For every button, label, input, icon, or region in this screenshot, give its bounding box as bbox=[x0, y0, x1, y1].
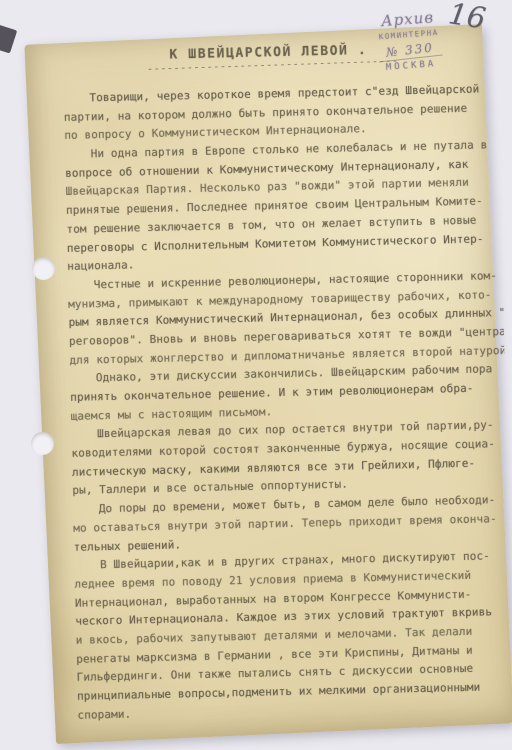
punch-hole-top bbox=[32, 257, 55, 280]
document-content: К ШВЕЙЦАРСКОЙ ЛЕВОЙ . ------------------… bbox=[0, 0, 512, 750]
punch-hole-bottom bbox=[31, 432, 54, 455]
typewritten-body: Товарищи, через короткое время предстоит… bbox=[63, 80, 512, 725]
stamp-city-word: МОСКВА bbox=[361, 57, 461, 74]
archive-stamp: Архив КОМИНТЕРНА № 330 МОСКВА bbox=[357, 6, 461, 74]
scanned-document-page: К ШВЕЙЦАРСКОЙ ЛЕВОЙ . ------------------… bbox=[0, 0, 512, 750]
